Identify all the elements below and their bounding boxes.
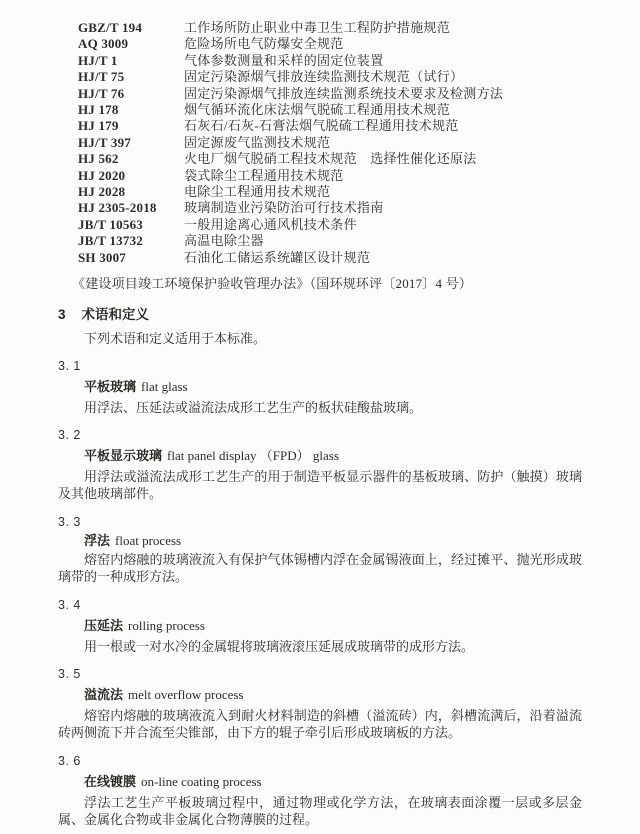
reference-row: HJ/T 76 固定污染源烟气排放连续监测系统技术要求及检测方法 <box>78 86 582 102</box>
term-name-en: flat glass <box>141 379 188 394</box>
term-name-zh: 平板玻璃 <box>84 379 136 394</box>
term-definition: 浮法工艺生产平板玻璃过程中，通过物理或化学方法，在玻璃表面涂覆一层或多层金属、金… <box>58 795 582 829</box>
term-name: 平板显示玻璃flat panel display （FPD） glass <box>84 447 582 464</box>
term-name-en: rolling process <box>128 618 205 633</box>
reference-code: HJ 178 <box>78 102 184 118</box>
term-clause-number: 3. 3 <box>58 515 582 530</box>
section-number: 3 <box>58 306 66 323</box>
term-block: 3. 1 平板玻璃flat glass 用浮法、压延法或溢流法成形工艺生产的板状… <box>58 359 582 417</box>
reference-code: GBZ/T 194 <box>78 20 184 36</box>
term-name: 平板玻璃flat glass <box>84 378 582 395</box>
reference-title: 火电厂烟气脱硝工程技术规范 选择性催化还原法 <box>184 151 477 167</box>
reference-row: JB/T 13732 高温电除尘器 <box>78 233 582 249</box>
reference-code: HJ/T 397 <box>78 135 184 151</box>
term-name-zh: 平板显示玻璃 <box>84 448 162 463</box>
term-name-en: flat panel display （FPD） glass <box>167 448 339 463</box>
term-block: 3. 4 压延法rolling process 用一根或一对水冷的金属辊将玻璃液… <box>58 598 582 656</box>
term-definition: 熔窑内熔融的玻璃液流入到耐火材料制造的斜槽（溢流砖）内，斜槽流满后，沿着溢流砖两… <box>58 708 582 742</box>
term-name-en: melt overflow process <box>128 687 244 702</box>
reference-code: JB/T 13732 <box>78 233 184 249</box>
reference-row: JB/T 10563 一般用途离心通风机技术条件 <box>78 217 582 233</box>
term-block: 3. 2 平板显示玻璃flat panel display （FPD） glas… <box>58 428 582 503</box>
reference-title: 玻璃制造业污染防治可行技术指南 <box>184 200 384 216</box>
term-block: 3. 5 溢流法melt overflow process 熔窑内熔融的玻璃液流… <box>58 667 582 742</box>
reference-title: 烟气循环流化床法烟气脱硫工程通用技术规范 <box>184 102 450 118</box>
reference-title: 一般用途离心通风机技术条件 <box>184 217 357 233</box>
reference-row: HJ 178 烟气循环流化床法烟气脱硫工程通用技术规范 <box>78 102 582 118</box>
term-definition: 用浮法、压延法或溢流法成形工艺生产的板状硅酸盐玻璃。 <box>58 400 582 417</box>
reference-code: HJ/T 75 <box>78 69 184 85</box>
reference-code: SH 3007 <box>78 250 184 266</box>
term-clause-number: 3. 6 <box>58 754 582 769</box>
term-block: 3. 6 在线镀膜on-line coating process 浮法工艺生产平… <box>58 754 582 829</box>
reference-code: HJ 562 <box>78 151 184 167</box>
references-list: GBZ/T 194 工作场所防止职业中毒卫生工程防护措施规范 AQ 3009 危… <box>78 20 582 266</box>
term-name-zh: 溢流法 <box>84 687 123 702</box>
reference-code: HJ 179 <box>78 118 184 134</box>
term-definition: 熔窑内熔融的玻璃液流入有保护气体锡槽内浮在金属锡液面上，经过摊平、抛光形成玻璃带… <box>58 552 582 586</box>
term-clause-number: 3. 1 <box>58 359 582 374</box>
reference-row: HJ/T 397 固定源废气监测技术规范 <box>78 135 582 151</box>
reference-title: 石灰石/石灰-石膏法烟气脱硫工程通用技术规范 <box>184 118 459 134</box>
term-definition: 用一根或一对水冷的金属辊将玻璃液滚压延展成玻璃带的成形方法。 <box>58 639 582 656</box>
section-intro: 下列术语和定义适用于本标准。 <box>58 330 582 347</box>
term-name-zh: 压延法 <box>84 618 123 633</box>
term-clause-number: 3. 4 <box>58 598 582 613</box>
section-heading: 3 术语和定义 <box>58 306 582 323</box>
reference-row: HJ 2020 袋式除尘工程通用技术规范 <box>78 168 582 184</box>
term-clause-number: 3. 2 <box>58 428 582 443</box>
term-name: 在线镀膜on-line coating process <box>84 773 582 790</box>
reference-row: SH 3007 石油化工储运系统罐区设计规范 <box>78 250 582 266</box>
section-title: 术语和定义 <box>82 306 150 323</box>
reference-row: HJ 2305-2018 玻璃制造业污染防治可行技术指南 <box>78 200 582 216</box>
reference-title: 气体参数测量和采样的固定位装置 <box>184 53 384 69</box>
term-name: 溢流法melt overflow process <box>84 686 582 703</box>
term-name-zh: 浮法 <box>84 533 110 548</box>
reference-code: HJ 2028 <box>78 184 184 200</box>
reference-row: GBZ/T 194 工作场所防止职业中毒卫生工程防护措施规范 <box>78 20 582 36</box>
reference-row: HJ/T 1 气体参数测量和采样的固定位装置 <box>78 53 582 69</box>
reference-title: 危险场所电气防爆安全规范 <box>184 36 344 52</box>
reference-code: HJ/T 1 <box>78 53 184 69</box>
reference-code: JB/T 10563 <box>78 217 184 233</box>
reference-title: 袋式除尘工程通用技术规范 <box>184 168 344 184</box>
reference-title: 固定污染源烟气排放连续监测系统技术要求及检测方法 <box>184 86 503 102</box>
term-name: 压延法rolling process <box>84 617 582 634</box>
reference-title: 工作场所防止职业中毒卫生工程防护措施规范 <box>184 20 450 36</box>
term-name-en: float process <box>115 533 181 548</box>
term-name-zh: 在线镀膜 <box>84 774 136 789</box>
reference-row: HJ 2028 电除尘工程通用技术规范 <box>78 184 582 200</box>
reference-code: AQ 3009 <box>78 36 184 52</box>
reference-row: HJ 179 石灰石/石灰-石膏法烟气脱硫工程通用技术规范 <box>78 118 582 134</box>
term-name-en: on-line coating process <box>141 774 262 789</box>
regulation-note: 《建设项目竣工环境保护验收管理办法》（国环规环评〔2017〕4 号） <box>72 276 582 293</box>
reference-code: HJ 2305-2018 <box>78 200 184 216</box>
term-definition: 用浮法或溢流法成形工艺生产的用于制造平板显示器件的基板玻璃、防护（触摸）玻璃及其… <box>58 469 582 503</box>
reference-title: 固定污染源烟气排放连续监测技术规范（试行） <box>184 69 463 85</box>
reference-title: 石油化工储运系统罐区设计规范 <box>184 250 370 266</box>
reference-code: HJ/T 76 <box>78 86 184 102</box>
reference-row: AQ 3009 危险场所电气防爆安全规范 <box>78 36 582 52</box>
term-block: 3. 3 浮法float process 熔窑内熔融的玻璃液流入有保护气体锡槽内… <box>58 515 582 586</box>
reference-row: HJ/T 75 固定污染源烟气排放连续监测技术规范（试行） <box>78 69 582 85</box>
reference-title: 固定源废气监测技术规范 <box>184 135 330 151</box>
term-name: 浮法float process <box>84 532 582 549</box>
reference-row: HJ 562 火电厂烟气脱硝工程技术规范 选择性催化还原法 <box>78 151 582 167</box>
document-page: GBZ/T 194 工作场所防止职业中毒卫生工程防护措施规范 AQ 3009 危… <box>0 0 640 834</box>
reference-title: 电除尘工程通用技术规范 <box>184 184 330 200</box>
reference-code: HJ 2020 <box>78 168 184 184</box>
reference-title: 高温电除尘器 <box>184 233 264 249</box>
term-clause-number: 3. 5 <box>58 667 582 682</box>
